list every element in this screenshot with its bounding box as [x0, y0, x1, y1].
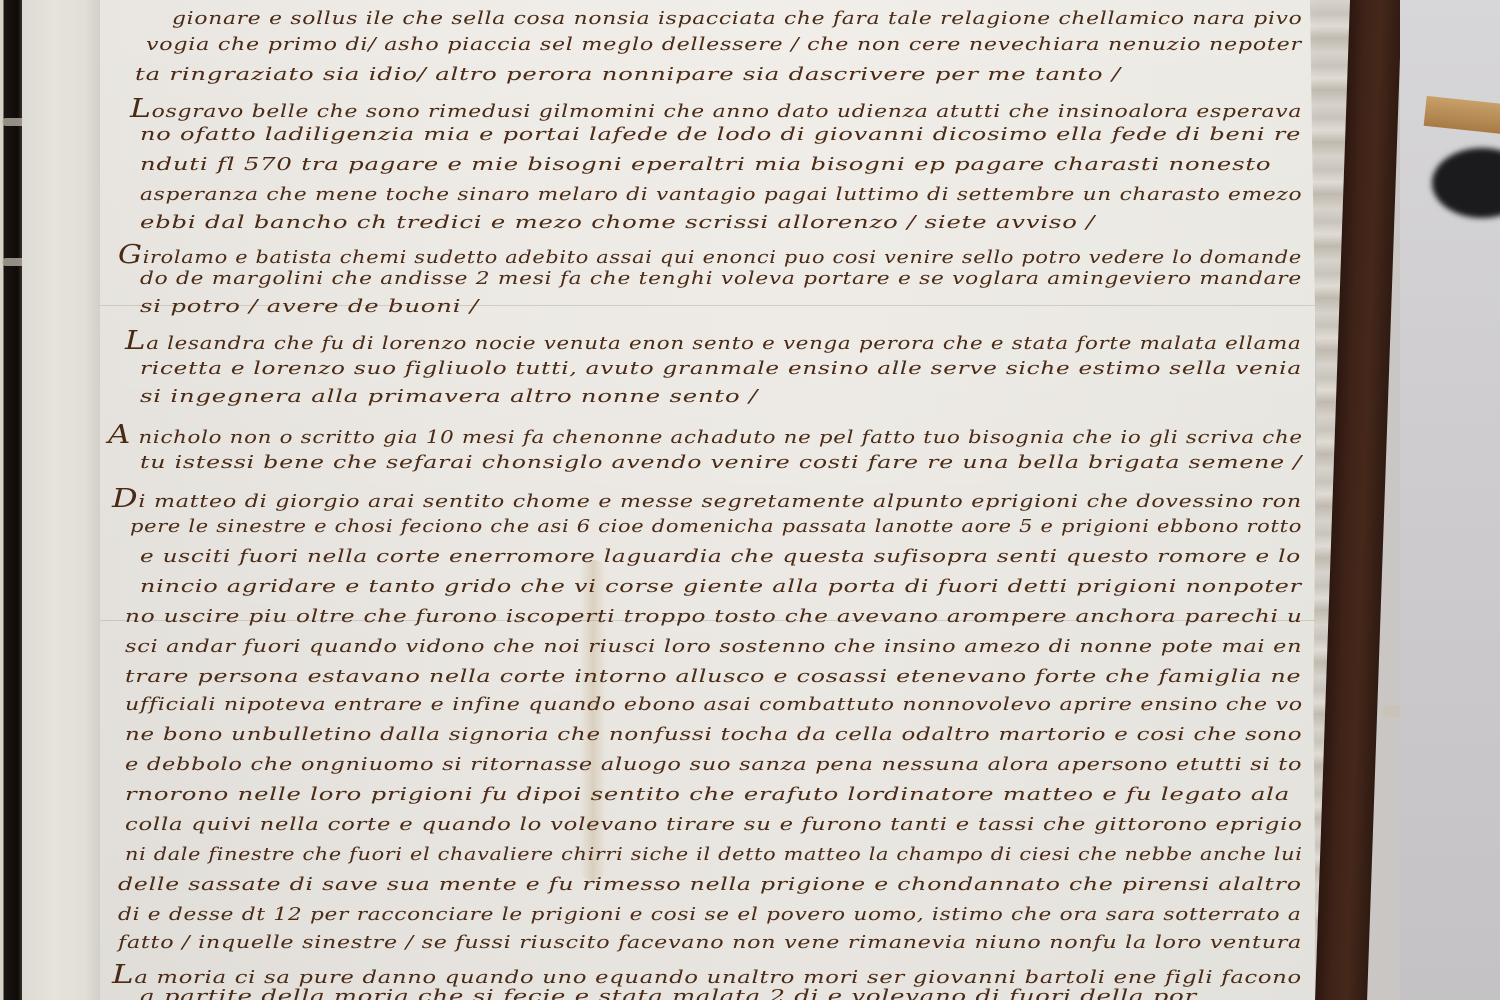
manuscript-line: trare persona estavano nella corte intor… [125, 666, 1301, 687]
manuscript-line: Girolamo e batista chemi sudetto adebito… [118, 240, 1302, 270]
manuscript-line: delle sassate di save sua mente e fu rim… [118, 874, 1302, 895]
manuscript-line: pere le sinestre e chosi feciono che asi… [130, 516, 1302, 537]
manuscript-line: no uscire piu oltre che furono iscoperti… [125, 606, 1303, 627]
manuscript-line: La lesandra che fu di lorenzo nocie venu… [125, 326, 1301, 356]
manuscript-line: a partite della moria che si fecie e sta… [140, 986, 1197, 1000]
binding-guard-strip [22, 0, 101, 1000]
manuscript-line: ni dale finestre che fuori el chavaliere… [125, 844, 1303, 865]
manuscript-line: asperanza che mene toche sinaro melaro d… [140, 184, 1302, 205]
manuscript-line: do de margolini che andisse 2 mesi fa ch… [140, 268, 1302, 289]
manuscript-line: ta ringraziato sia idio/ altro perora no… [135, 64, 1121, 85]
manuscript-line: e usciti fuori nella corte enerromore la… [140, 546, 1301, 567]
manuscript-photo: gionare e sollus ile che sella cosa nons… [0, 0, 1500, 1000]
manuscript-line: ebbi dal bancho ch tredici e mezo chome … [140, 212, 1095, 233]
manuscript-line: si ingegnera alla primavera altro nonne … [140, 386, 758, 407]
manuscript-line: nduti fl 570 tra pagare e mie bisogni ep… [140, 154, 1271, 175]
manuscript-line: nincio agridare e tanto grido che vi cor… [140, 576, 1302, 597]
manuscript-line: vogia che primo di/ asho piaccia sel meg… [146, 34, 1302, 55]
manuscript-line: tu istessi bene che sefarai chonsiglo av… [140, 452, 1302, 473]
manuscript-line: no ofatto ladiligenzia mia e portai lafe… [140, 124, 1301, 145]
manuscript-line: colla quivi nella corte e quando lo vole… [125, 814, 1303, 835]
manuscript-line: e debbolo che ongniuomo si ritornasse al… [125, 754, 1302, 775]
manuscript-line: Di matteo di giorgio arai sentito chome … [112, 484, 1302, 514]
manuscript-line: si potro / avere de buoni / [140, 296, 479, 317]
manuscript-line: A nicholo non o scritto gia 10 mesi fa c… [108, 420, 1303, 450]
book-spine-binding [0, 0, 22, 1000]
manuscript-line: gionare e sollus ile che sella cosa nons… [172, 8, 1303, 29]
manuscript-line: fatto / inquelle sinestre / se fussi riu… [118, 932, 1302, 953]
manuscript-line: ufficiali nipoteva entrare e infine quan… [125, 694, 1303, 715]
manuscript-line: sci andar fuori quando vidono che noi ri… [125, 636, 1302, 657]
manuscript-line: ricetta e lorenzo suo figliuolo tutti, a… [140, 358, 1302, 379]
manuscript-line: ne bono unbulletino dalla signoria che n… [125, 724, 1302, 745]
manuscript-line: rnorono nelle loro prigioni fu dipoi sen… [125, 784, 1290, 805]
manuscript-line: di e desse dt 12 per racconciare le prig… [118, 904, 1301, 925]
manuscript-line: Losgravo belle che sono rimedusi gilmomi… [130, 94, 1302, 124]
